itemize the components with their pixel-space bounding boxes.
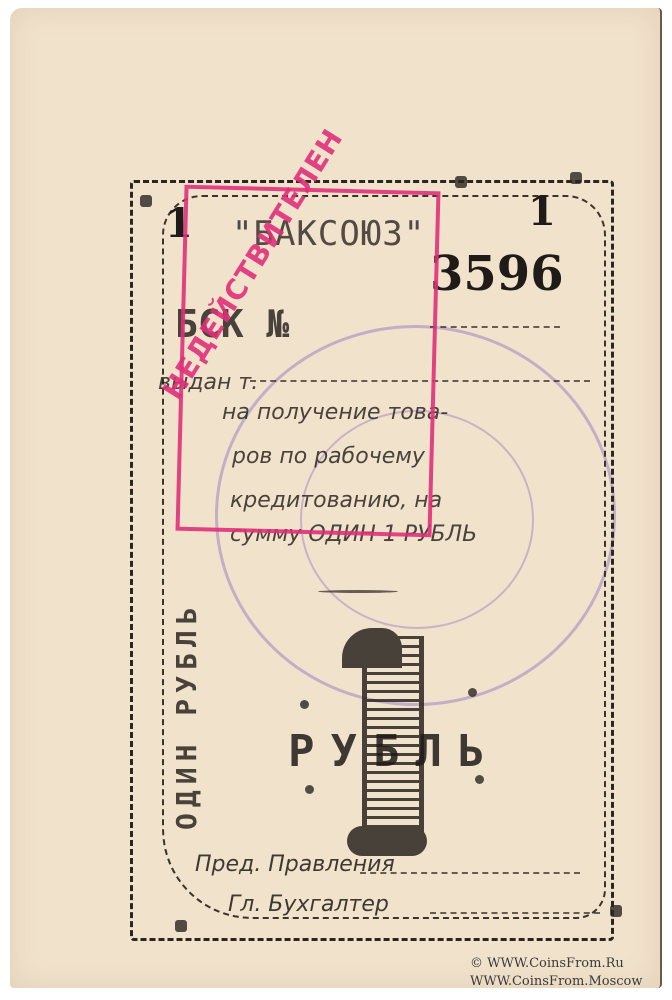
accountant-signature-label: Гл. Бухгалтер (228, 892, 389, 917)
ornament-dot (305, 785, 314, 794)
signature-rule (360, 872, 580, 874)
side-text-vertical: ОДИН РУБЛЬ (170, 601, 203, 830)
corner-ornament-top-right (570, 172, 582, 184)
corner-ornament-top-left (140, 195, 152, 207)
ornament-dot (468, 688, 477, 697)
signature-rule (430, 912, 600, 914)
watermark-line-2: WWW.CoinsFrom.Moscow (470, 974, 643, 989)
red-cancellation-box (176, 185, 441, 538)
signature-flourish (318, 590, 398, 593)
corner-ornament-bottom-right (610, 905, 622, 917)
watermark-line-1: © WWW.CoinsFrom.Ru (470, 956, 624, 971)
serial-number: 3596 (430, 246, 564, 302)
ornament-dot (300, 700, 309, 709)
corner-value-right: 1 (528, 188, 556, 235)
corner-ornament-top-mid (455, 176, 467, 188)
denomination-word: РУБЛЬ (288, 726, 500, 777)
dotted-rule (430, 326, 560, 328)
corner-ornament-bottom-left (175, 920, 187, 932)
